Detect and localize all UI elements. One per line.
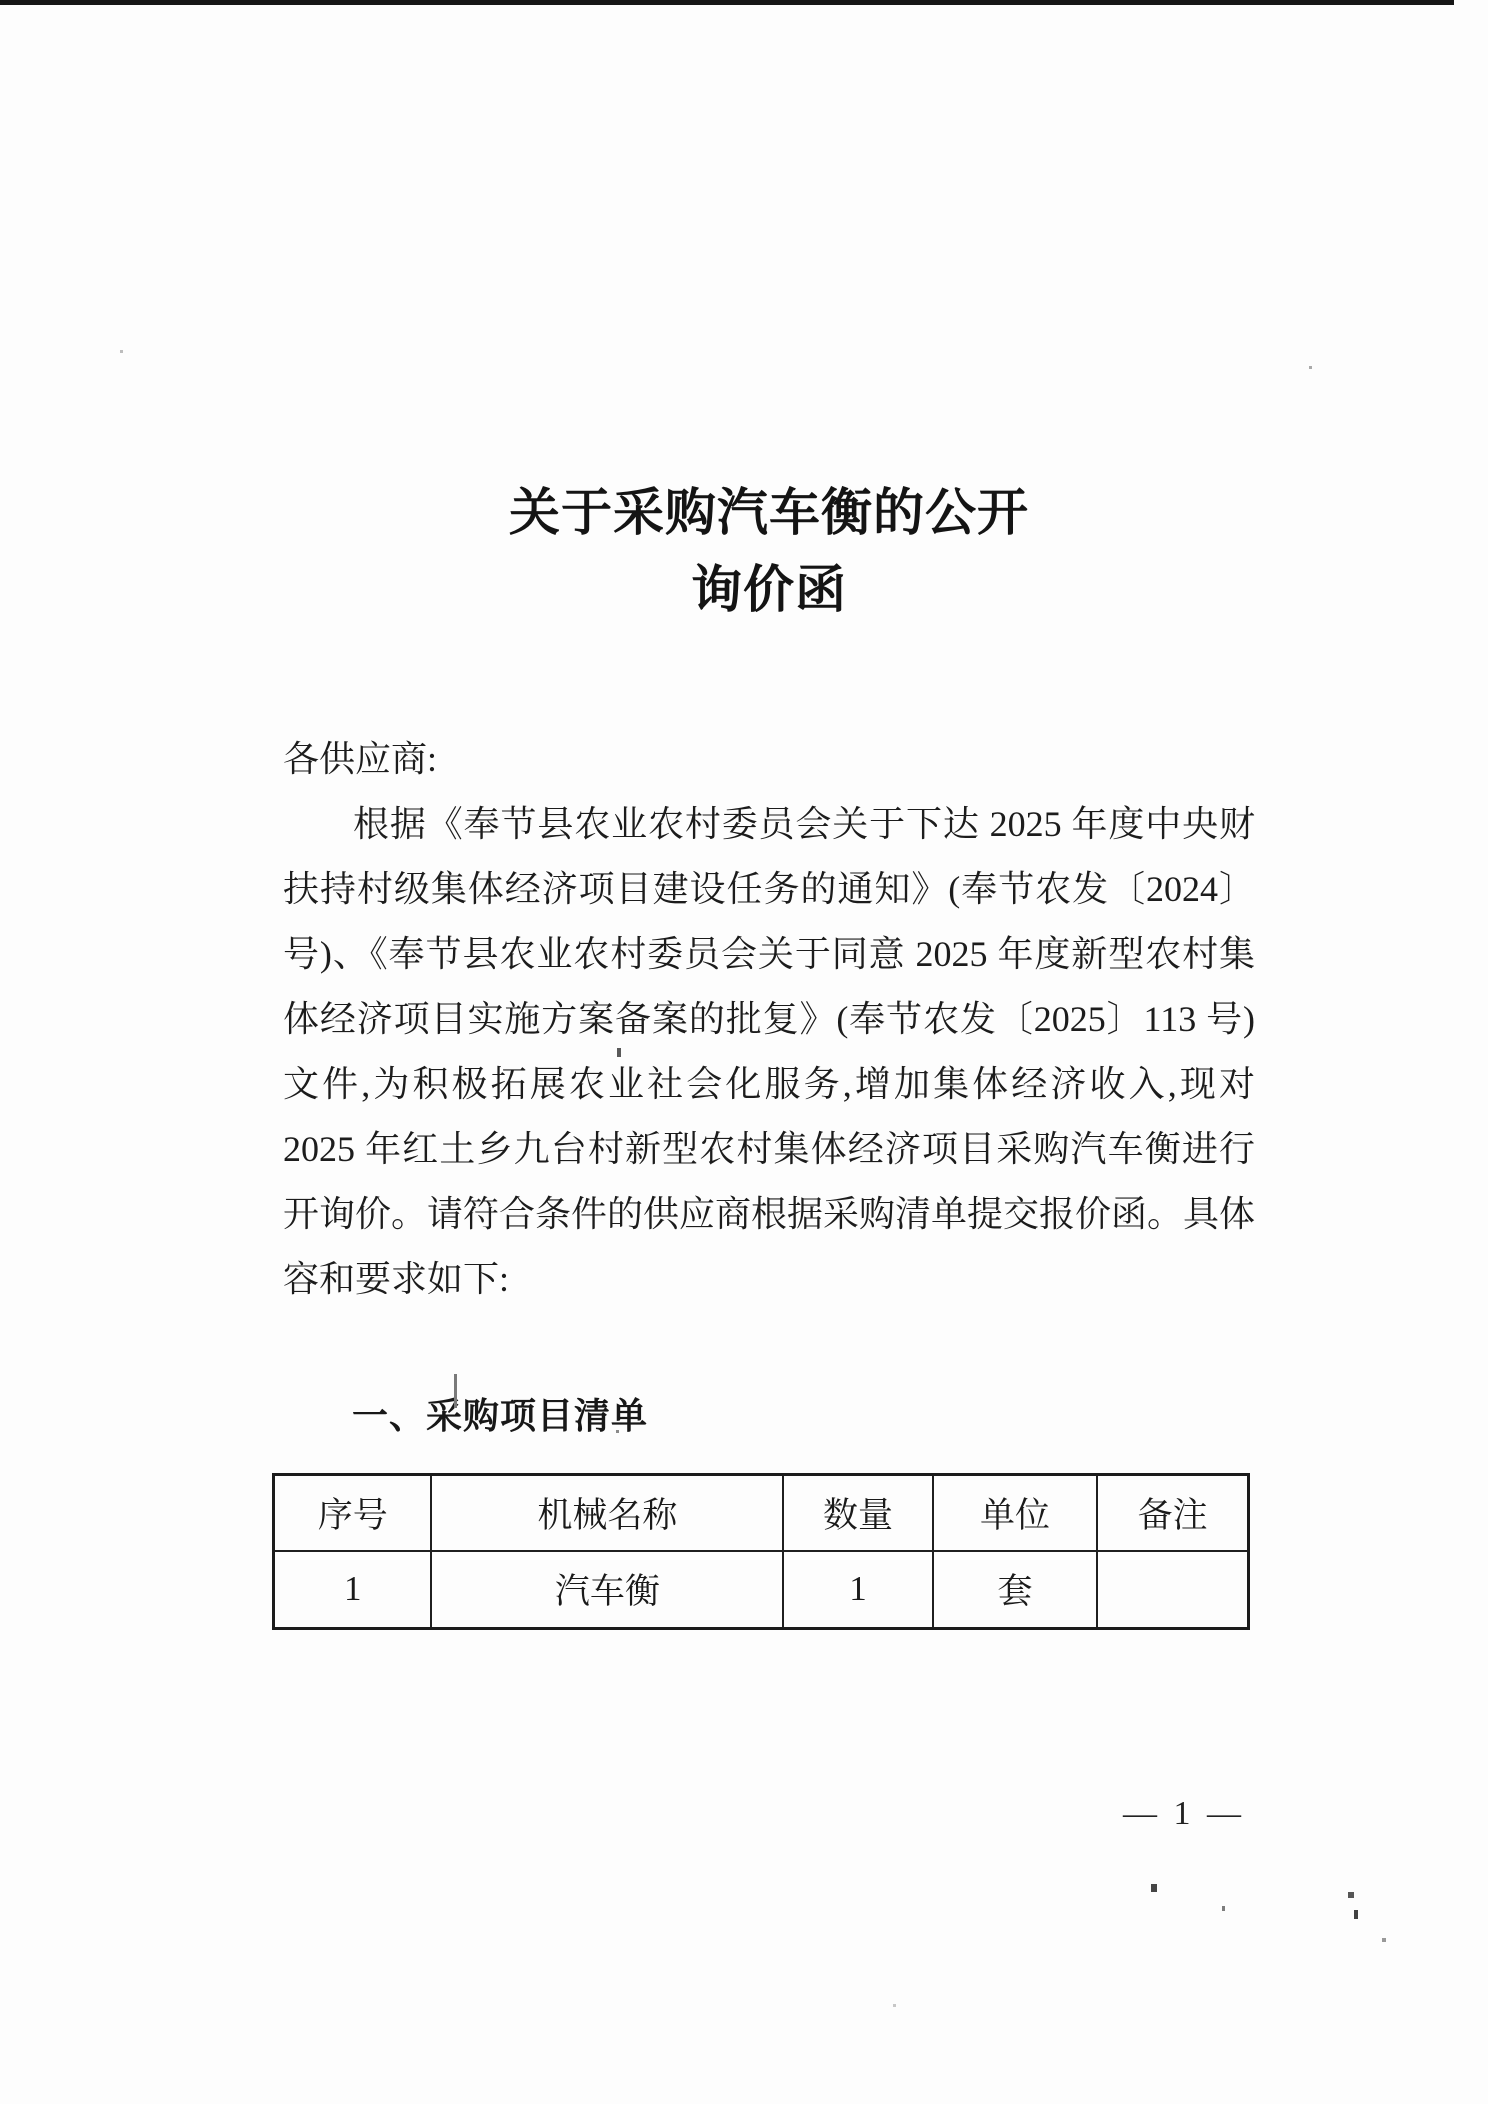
table-cell-seq: 1	[274, 1551, 432, 1629]
paragraph-line: 文件,为积极拓展农业社会化服务,增加集体经济收入,现对	[283, 1052, 1255, 1117]
section-heading-procurement-list: 一、采购项目清单	[352, 1388, 648, 1439]
scan-speck	[1348, 1892, 1354, 1898]
paragraph-line: 体经济项目实施方案备案的批复》(奉节农发〔2025〕113 号)	[283, 987, 1255, 1052]
scan-speck	[454, 1374, 457, 1408]
table-row: 1 汽车衡 1 套	[274, 1551, 1249, 1629]
document-title-line-1: 关于采购汽车衡的公开	[283, 476, 1255, 553]
scan-speck	[1354, 1910, 1358, 1919]
scan-speck	[616, 1430, 619, 1433]
table-cell-remarks	[1097, 1551, 1248, 1629]
table-header-remarks: 备注	[1097, 1475, 1248, 1551]
scan-speck	[120, 350, 123, 353]
page-number: — 1 —	[1059, 1795, 1309, 1833]
document-title: 关于采购汽车衡的公开 询价函	[283, 476, 1255, 630]
table-cell-unit: 套	[933, 1551, 1098, 1629]
scan-speck	[1151, 1884, 1157, 1892]
paragraph-line: 根据《奉节县农业农村委员会关于下达 2025 年度中央财政	[283, 792, 1255, 857]
scan-edge-bar	[0, 0, 1454, 5]
scan-speck	[1222, 1906, 1225, 1911]
salutation: 各供应商:	[283, 727, 1255, 792]
scan-speck	[617, 1048, 621, 1057]
procurement-items-table: 序号 机械名称 数量 单位 备注 1 汽车衡 1 套	[272, 1473, 1250, 1630]
paragraph-line: 号)、《奉节县农业农村委员会关于同意 2025 年度新型农村集	[283, 922, 1255, 987]
document-body: 各供应商: 根据《奉节县农业农村委员会关于下达 2025 年度中央财政 扶持村级…	[283, 727, 1255, 1312]
paragraph-line: 扶持村级集体经济项目建设任务的通知》(奉节农发〔2024〕296	[283, 857, 1255, 922]
table-header-machine: 机械名称	[431, 1475, 783, 1551]
paragraph-line: 2025 年红土乡九台村新型农村集体经济项目采购汽车衡进行公	[283, 1117, 1255, 1182]
scanned-document-page: 关于采购汽车衡的公开 询价函 各供应商: 根据《奉节县农业农村委员会关于下达 2…	[0, 0, 1488, 2104]
table-cell-quantity: 1	[783, 1551, 932, 1629]
table-cell-machine: 汽车衡	[431, 1551, 783, 1629]
document-title-line-2: 询价函	[283, 553, 1255, 630]
scan-speck	[1382, 1938, 1386, 1942]
table-header-row: 序号 机械名称 数量 单位 备注	[274, 1475, 1249, 1551]
scan-speck	[1309, 366, 1312, 369]
paragraph-line: 容和要求如下:	[283, 1247, 1255, 1312]
table-header-seq: 序号	[274, 1475, 432, 1551]
table-header-unit: 单位	[933, 1475, 1098, 1551]
table-header-quantity: 数量	[783, 1475, 932, 1551]
scan-speck	[893, 2004, 896, 2007]
paragraph-line: 开询价。请符合条件的供应商根据采购清单提交报价函。具体内	[283, 1182, 1255, 1247]
